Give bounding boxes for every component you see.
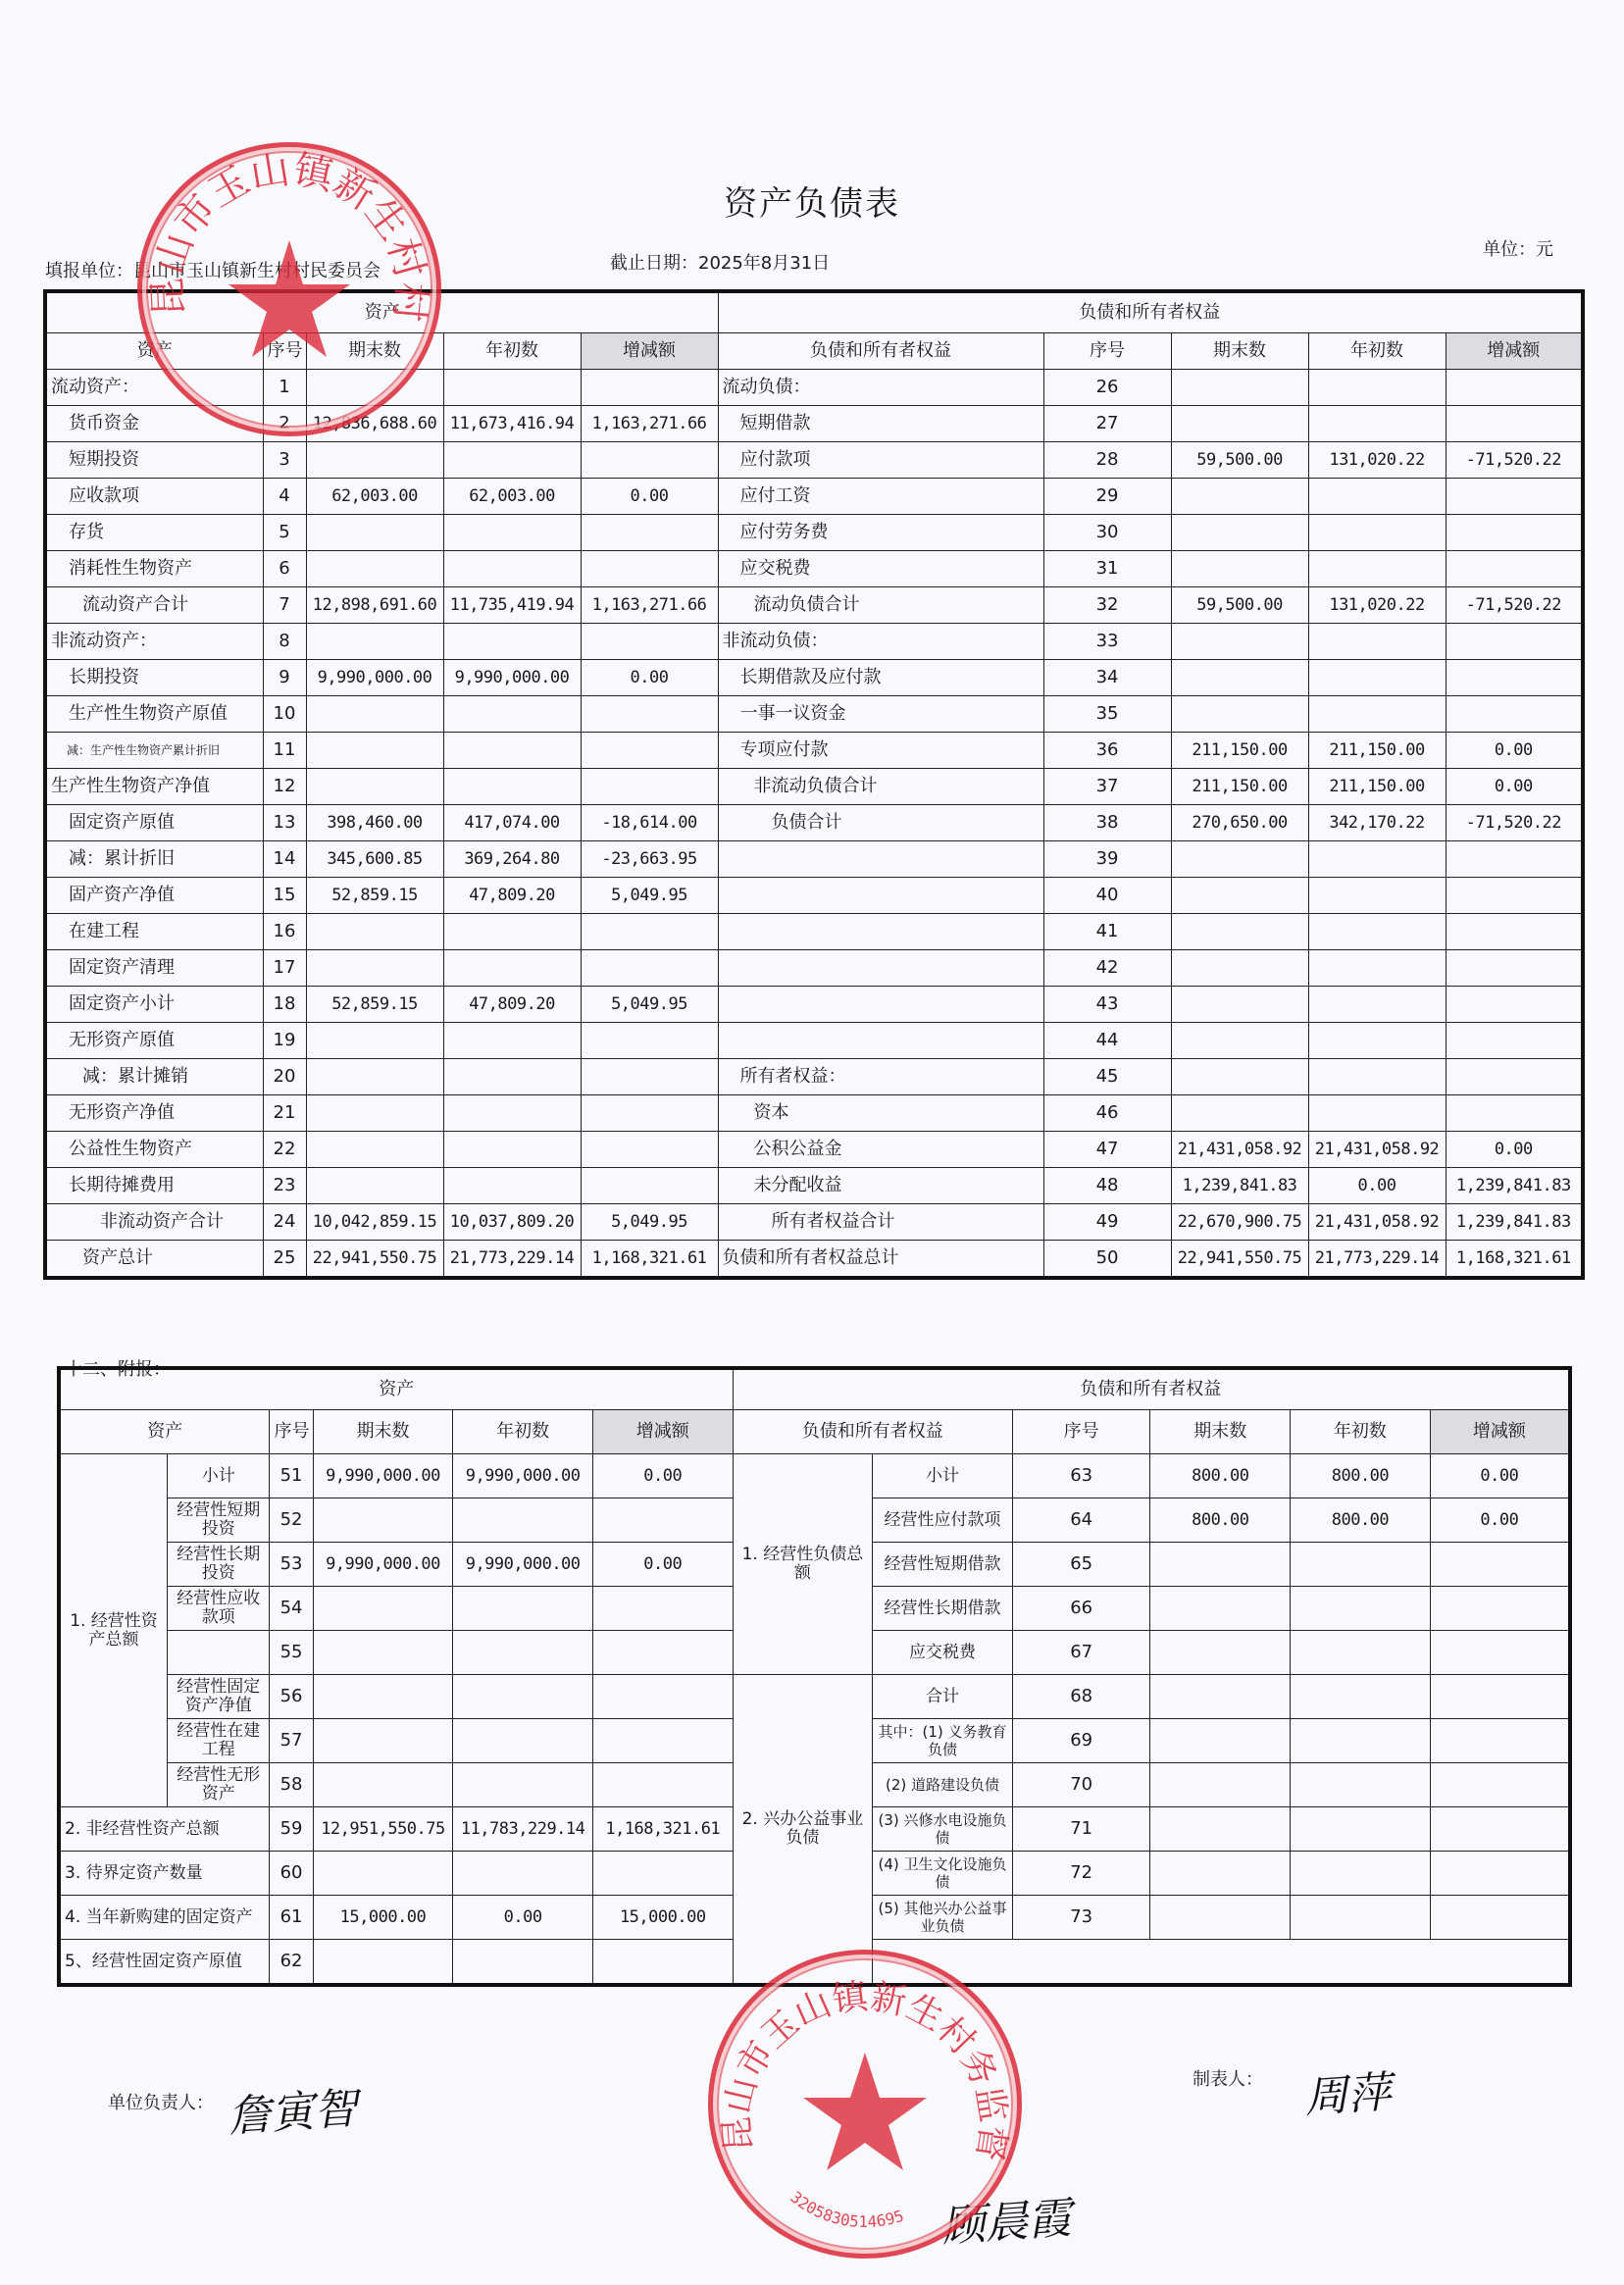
asset-name: 存货 [45,515,263,551]
liability-end-balance [1171,1059,1308,1095]
liability-end-balance [1171,479,1308,515]
supp-liability-change: 0.00 [1430,1498,1570,1543]
asset-end-balance [306,696,443,733]
liability-seq: 46 [1043,1095,1171,1132]
asset-begin-balance [443,733,581,769]
asset-seq: 9 [263,660,306,696]
asset-end-balance: 12,898,691.60 [306,587,443,624]
asset-end-balance: 345,600.85 [306,841,443,878]
supp-liability-begin-balance [1291,1807,1431,1852]
supp-liability-end-balance [1150,1675,1291,1719]
asset-name: 生产性生物资产净值 [45,769,263,805]
liability-change: -71,520.22 [1446,805,1583,841]
asset-change [581,1168,718,1204]
supp-asset-change [592,1587,733,1631]
supp-liability-name: 合计 [873,1675,1013,1719]
asset-end-balance [306,914,443,950]
supp-liability-begin-balance: 800.00 [1291,1454,1431,1498]
liability-seq: 35 [1043,696,1171,733]
liability-change: 1,239,841.83 [1446,1204,1583,1241]
liability-name: 所有者权益合计 [718,1204,1043,1241]
supp-liability-change [1430,1587,1570,1631]
liability-change [1446,370,1583,406]
supp-asset-name: 4. 当年新购建的固定资产 [59,1896,270,1940]
supp-asset-name [168,1631,270,1675]
supp-asset-end-balance [313,1940,453,1986]
liability-name: 应交税费 [718,551,1043,587]
preparer-label: 制表人： [1193,2065,1263,2091]
supp-liability-name: 经营性短期借款 [873,1543,1013,1587]
liability-seq: 49 [1043,1204,1171,1241]
asset-name: 在建工程 [45,914,263,950]
liability-begin-balance [1308,841,1446,878]
liability-end-balance: 270,650.00 [1171,805,1308,841]
supp-asset-end-balance [313,1719,453,1763]
asset-begin-balance: 369,264.80 [443,841,581,878]
supp-liability-name: 小计 [873,1454,1013,1498]
reporting-unit-value: 昆山市玉山镇新生村村民委员会 [133,261,381,281]
supp-liability-change [1430,1719,1570,1763]
liability-change [1446,878,1583,914]
liability-change [1446,841,1583,878]
table-row: 无形资产原值1944 [45,1023,1583,1059]
asset-name: 资产总计 [45,1241,263,1279]
liability-name [718,841,1043,878]
asset-seq: 20 [263,1059,306,1095]
liability-end-balance [1171,987,1308,1023]
report-date-value: 2025年8月31日 [698,253,830,274]
table-row: 长期投资99,990,000.009,990,000.000.00长期借款及应付… [45,660,1583,696]
table-row: 非流动资产：8非流动负债：33 [45,624,1583,660]
supp-liability-seq: 70 [1012,1763,1150,1807]
balance-sheet-table: 资产 负债和所有者权益 资产序号期末数年初数增减额负债和所有者权益序号期末数年初… [43,289,1585,1280]
asset-change: 1,163,271.66 [581,587,718,624]
supp-asset-name: 经营性应收款项 [168,1587,270,1631]
table-row: 流动资产：1流动负债：26 [45,370,1583,406]
asset-begin-balance [443,370,581,406]
asset-end-balance [306,370,443,406]
liability-begin-balance [1308,914,1446,950]
liability-begin-balance [1308,1095,1446,1132]
supp-liability-seq: 68 [1012,1675,1150,1719]
asset-change [581,914,718,950]
balance-sheet-page: 资产负债表 填报单位：昆山市玉山镇新生村村民委员会 截止日期：2025年8月31… [0,0,1624,2285]
table-row: 应收款项462,003.0062,003.000.00应付工资29 [45,479,1583,515]
liability-change: -71,520.22 [1446,442,1583,479]
asset-end-balance [306,1132,443,1168]
supp-asset-seq: 60 [270,1852,313,1896]
asset-seq: 5 [263,515,306,551]
asset-change [581,515,718,551]
liability-seq: 47 [1043,1132,1171,1168]
supp-asset-begin-balance: 0.00 [453,1896,593,1940]
liability-change: 0.00 [1446,733,1583,769]
table-row: 1. 经营性资产总额小计519,990,000.009,990,000.000.… [59,1454,1570,1498]
liability-end-balance [1171,406,1308,442]
asset-end-balance [306,769,443,805]
svg-text:3205830514695: 3205830514695 [787,2188,906,2231]
supp-asset-begin-balance [453,1631,593,1675]
supp-assets-end-balance-header: 期末数 [313,1410,453,1454]
asset-end-balance: 398,460.00 [306,805,443,841]
liability-change: 1,239,841.83 [1446,1168,1583,1204]
liability-change [1446,696,1583,733]
supp-liability-name: (2) 道路建设负债 [873,1763,1013,1807]
asset-end-balance: 52,859.15 [306,878,443,914]
supplementary-table: 资产 负债和所有者权益 资产序号期末数年初数增减额负债和所有者权益序号期末数年初… [57,1366,1572,1987]
supp-asset-seq: 53 [270,1543,313,1587]
asset-begin-balance [443,515,581,551]
supp-asset-change [592,1498,733,1543]
liability-seq: 30 [1043,515,1171,551]
liabilities-end-balance-header: 期末数 [1171,333,1308,370]
asset-end-balance: 22,941,550.75 [306,1241,443,1279]
asset-begin-balance: 11,735,419.94 [443,587,581,624]
liability-name: 应付工资 [718,479,1043,515]
asset-begin-balance [443,769,581,805]
liability-seq: 43 [1043,987,1171,1023]
liability-end-balance [1171,551,1308,587]
assets-group-header: 资产 [45,291,718,333]
asset-change [581,1059,718,1095]
asset-change: 0.00 [581,660,718,696]
asset-begin-balance [443,624,581,660]
asset-seq: 19 [263,1023,306,1059]
liability-name: 未分配收益 [718,1168,1043,1204]
supp-liability-begin-balance [1291,1896,1431,1940]
supp-asset-name: 3. 待界定资产数量 [59,1852,270,1896]
asset-begin-balance: 11,673,416.94 [443,406,581,442]
supp-liability-name: (3) 兴修水电设施负债 [873,1807,1013,1852]
supp-liability-end-balance [1150,1852,1291,1896]
supp-asset-change: 0.00 [592,1454,733,1498]
report-date-label: 截止日期： [610,253,698,274]
supp-asset-name: 经营性长期投资 [168,1543,270,1587]
liability-name [718,950,1043,987]
supp-liability-end-balance [1150,1896,1291,1940]
liability-name: 非流动负债： [718,624,1043,660]
liability-end-balance: 211,150.00 [1171,769,1308,805]
liability-begin-balance [1308,950,1446,987]
supp-asset-name: 经营性短期投资 [168,1498,270,1543]
asset-end-balance [306,442,443,479]
liability-end-balance: 21,431,058.92 [1171,1132,1308,1168]
supp-asset-begin-balance: 9,990,000.00 [453,1454,593,1498]
liability-name: 所有者权益： [718,1059,1043,1095]
supp-asset-begin-balance [453,1719,593,1763]
asset-seq: 14 [263,841,306,878]
asset-end-balance [306,1168,443,1204]
supp-liabilities-end-balance-header: 期末数 [1150,1410,1291,1454]
supp-liabilities-group-header: 负债和所有者权益 [733,1368,1570,1410]
auditor-signature: 顾晨霞 [939,2182,1073,2254]
asset-seq: 24 [263,1204,306,1241]
assets-item-header: 资产 [45,333,263,370]
supp-liability-name: 其中：(1) 义务教育负债 [873,1719,1013,1763]
asset-seq: 7 [263,587,306,624]
table-row: 固定资产小计1852,859.1547,809.205,049.9543 [45,987,1583,1023]
liability-end-balance [1171,660,1308,696]
liability-begin-balance: 211,150.00 [1308,733,1446,769]
liability-name: 短期借款 [718,406,1043,442]
liability-change [1446,551,1583,587]
supp-liability-end-balance: 800.00 [1150,1498,1291,1543]
asset-begin-balance [443,1059,581,1095]
liability-change [1446,515,1583,551]
asset-seq: 25 [263,1241,306,1279]
table-row: 消耗性生物资产6应交税费31 [45,551,1583,587]
asset-end-balance [306,950,443,987]
liability-begin-balance [1308,1059,1446,1095]
supp-liability-seq: 72 [1012,1852,1150,1896]
asset-seq: 17 [263,950,306,987]
liability-change [1446,987,1583,1023]
table-row: 公益性生物资产22公积公益金4721,431,058.9221,431,058.… [45,1132,1583,1168]
liability-end-balance: 1,239,841.83 [1171,1168,1308,1204]
supp-liability-seq: 63 [1012,1454,1150,1498]
supp-asset-change [592,1719,733,1763]
asset-seq: 18 [263,987,306,1023]
liability-begin-balance [1308,515,1446,551]
liability-seq: 44 [1043,1023,1171,1059]
asset-begin-balance [443,696,581,733]
currency-unit: 单位：元 [1483,235,1553,261]
liability-end-balance [1171,841,1308,878]
supp-asset-change [592,1852,733,1896]
assets-seq-header: 序号 [263,333,306,370]
asset-change [581,696,718,733]
supp-assets-group-header: 资产 [59,1368,733,1410]
liability-seq: 48 [1043,1168,1171,1204]
table-row: 固定资产清理1742 [45,950,1583,987]
supp-asset-name: 2. 非经营性资产总额 [59,1807,270,1852]
supp-liability-seq: 71 [1012,1807,1150,1852]
asset-name: 固定资产清理 [45,950,263,987]
table-row: 长期待摊费用23未分配收益481,239,841.830.001,239,841… [45,1168,1583,1204]
unit-head-label: 单位负责人： [108,2089,214,2114]
liability-change: 0.00 [1446,1132,1583,1168]
supp-asset-begin-balance [453,1852,593,1896]
liability-name [718,1023,1043,1059]
assets-end-balance-header: 期末数 [306,333,443,370]
liability-change [1446,1095,1583,1132]
liability-end-balance [1171,624,1308,660]
liability-change [1446,1023,1583,1059]
asset-name: 减：累计摊销 [45,1059,263,1095]
liability-begin-balance: 211,150.00 [1308,769,1446,805]
liability-end-balance [1171,696,1308,733]
table-row: 生产性生物资产净值12非流动负债合计37211,150.00211,150.00… [45,769,1583,805]
liability-begin-balance [1308,551,1446,587]
supp-liability-change [1430,1631,1570,1675]
supp-asset-change [592,1631,733,1675]
asset-end-balance: 9,990,000.00 [306,660,443,696]
asset-name: 无形资产净值 [45,1095,263,1132]
asset-seq: 8 [263,624,306,660]
asset-begin-balance: 47,809.20 [443,878,581,914]
asset-name: 流动资产： [45,370,263,406]
asset-change [581,1132,718,1168]
liability-name: 流动负债合计 [718,587,1043,624]
supp-asset-begin-balance: 11,783,229.14 [453,1807,593,1852]
operating-liabilities-group-label: 1. 经营性负债总额 [733,1454,873,1675]
liability-name: 专项应付款 [718,733,1043,769]
asset-end-balance [306,1059,443,1095]
liability-change [1446,950,1583,987]
asset-name: 非流动资产合计 [45,1204,263,1241]
table-row: 固产资产净值1552,859.1547,809.205,049.9540 [45,878,1583,914]
asset-end-balance [306,551,443,587]
asset-change [581,1023,718,1059]
liability-begin-balance: 21,431,058.92 [1308,1132,1446,1168]
liability-end-balance [1171,515,1308,551]
asset-begin-balance [443,1023,581,1059]
liability-name [718,987,1043,1023]
supp-liability-change [1430,1543,1570,1587]
liability-begin-balance: 21,431,058.92 [1308,1204,1446,1241]
asset-begin-balance [443,442,581,479]
blank-cell [873,1940,1570,1986]
asset-begin-balance: 47,809.20 [443,987,581,1023]
asset-name: 流动资产合计 [45,587,263,624]
table-row: 资产总计2522,941,550.7521,773,229.141,168,32… [45,1241,1583,1279]
supp-liabilities-item-header: 负债和所有者权益 [733,1410,1012,1454]
asset-change [581,733,718,769]
table-row: 在建工程1641 [45,914,1583,950]
assets-begin-balance-header: 年初数 [443,333,581,370]
liability-begin-balance: 131,020.22 [1308,442,1446,479]
liability-change [1446,406,1583,442]
table-row: 减：生产性生物资产累计折旧11专项应付款36211,150.00211,150.… [45,733,1583,769]
asset-name: 固产资产净值 [45,878,263,914]
asset-name: 长期投资 [45,660,263,696]
supp-asset-seq: 62 [270,1940,313,1986]
liability-change: 1,168,321.61 [1446,1241,1583,1279]
liability-seq: 27 [1043,406,1171,442]
supp-asset-begin-balance [453,1498,593,1543]
liability-seq: 28 [1043,442,1171,479]
liability-begin-balance [1308,878,1446,914]
liabilities-seq-header: 序号 [1043,333,1171,370]
supp-liability-seq: 64 [1012,1498,1150,1543]
liability-name: 非流动负债合计 [718,769,1043,805]
asset-seq: 23 [263,1168,306,1204]
liability-end-balance: 22,941,550.75 [1171,1241,1308,1279]
supp-asset-change [592,1675,733,1719]
asset-change [581,442,718,479]
liability-name: 长期借款及应付款 [718,660,1043,696]
supp-asset-seq: 56 [270,1675,313,1719]
liability-end-balance [1171,370,1308,406]
supp-liability-end-balance [1150,1807,1291,1852]
liability-name: 负债合计 [718,805,1043,841]
table-row: 生产性生物资产原值10一事一议资金35 [45,696,1583,733]
liability-seq: 42 [1043,950,1171,987]
supp-asset-change [592,1940,733,1986]
liability-name: 应付劳务费 [718,515,1043,551]
asset-seq: 6 [263,551,306,587]
liabilities-begin-balance-header: 年初数 [1308,333,1446,370]
asset-change: 1,163,271.66 [581,406,718,442]
reporting-unit-label: 填报单位： [45,261,133,281]
asset-seq: 15 [263,878,306,914]
asset-change: -18,614.00 [581,805,718,841]
table-row: 经营性固定资产净值562. 兴办公益事业负债合计68 [59,1675,1570,1719]
asset-name: 公益性生物资产 [45,1132,263,1168]
liability-end-balance [1171,950,1308,987]
liability-seq: 37 [1043,769,1171,805]
asset-begin-balance: 21,773,229.14 [443,1241,581,1279]
supp-assets-change-header: 增减额 [592,1410,733,1454]
asset-name: 固定资产原值 [45,805,263,841]
supp-asset-seq: 54 [270,1587,313,1631]
liability-begin-balance [1308,406,1446,442]
supp-liability-begin-balance: 800.00 [1291,1498,1431,1543]
supp-asset-begin-balance [453,1940,593,1986]
supp-liabilities-change-header: 增减额 [1430,1410,1570,1454]
liability-seq: 32 [1043,587,1171,624]
supp-asset-begin-balance: 9,990,000.00 [453,1543,593,1587]
liability-begin-balance: 342,170.22 [1308,805,1446,841]
supp-asset-end-balance: 9,990,000.00 [313,1543,453,1587]
liability-begin-balance [1308,624,1446,660]
asset-change: 5,049.95 [581,1204,718,1241]
supp-asset-end-balance: 9,990,000.00 [313,1454,453,1498]
supp-asset-end-balance [313,1852,453,1896]
supp-asset-name: 经营性在建工程 [168,1719,270,1763]
asset-seq: 13 [263,805,306,841]
supp-liability-change [1430,1896,1570,1940]
supp-assets-seq-header: 序号 [270,1410,313,1454]
asset-name: 减：累计折旧 [45,841,263,878]
asset-end-balance [306,624,443,660]
asset-seq: 22 [263,1132,306,1168]
supp-liability-begin-balance [1291,1587,1431,1631]
asset-seq: 2 [263,406,306,442]
supp-liability-end-balance [1150,1763,1291,1807]
supp-assets-item-header: 资产 [59,1410,270,1454]
supp-asset-change: 15,000.00 [592,1896,733,1940]
liability-begin-balance [1308,479,1446,515]
supp-liability-begin-balance [1291,1675,1431,1719]
supp-asset-change [592,1763,733,1807]
supp-asset-end-balance [313,1587,453,1631]
supp-asset-change: 1,168,321.61 [592,1807,733,1852]
asset-change: 1,168,321.61 [581,1241,718,1279]
asset-name: 固定资产小计 [45,987,263,1023]
table-row: 存货5应付劳务费30 [45,515,1583,551]
supp-asset-seq: 57 [270,1719,313,1763]
liabilities-change-header: 增减额 [1446,333,1583,370]
asset-end-balance [306,733,443,769]
liability-end-balance [1171,1023,1308,1059]
supp-liability-end-balance [1150,1587,1291,1631]
liability-begin-balance: 0.00 [1308,1168,1446,1204]
asset-seq: 4 [263,479,306,515]
liability-change: 0.00 [1446,769,1583,805]
asset-name: 非流动资产： [45,624,263,660]
liability-seq: 41 [1043,914,1171,950]
liability-end-balance [1171,878,1308,914]
asset-begin-balance [443,1095,581,1132]
reporting-unit: 填报单位：昆山市玉山镇新生村村民委员会 [45,257,381,282]
supp-liability-change [1430,1807,1570,1852]
asset-name: 货币资金 [45,406,263,442]
supp-asset-seq: 51 [270,1454,313,1498]
supp-liability-begin-balance [1291,1719,1431,1763]
asset-end-balance: 52,859.15 [306,987,443,1023]
asset-begin-balance: 9,990,000.00 [443,660,581,696]
